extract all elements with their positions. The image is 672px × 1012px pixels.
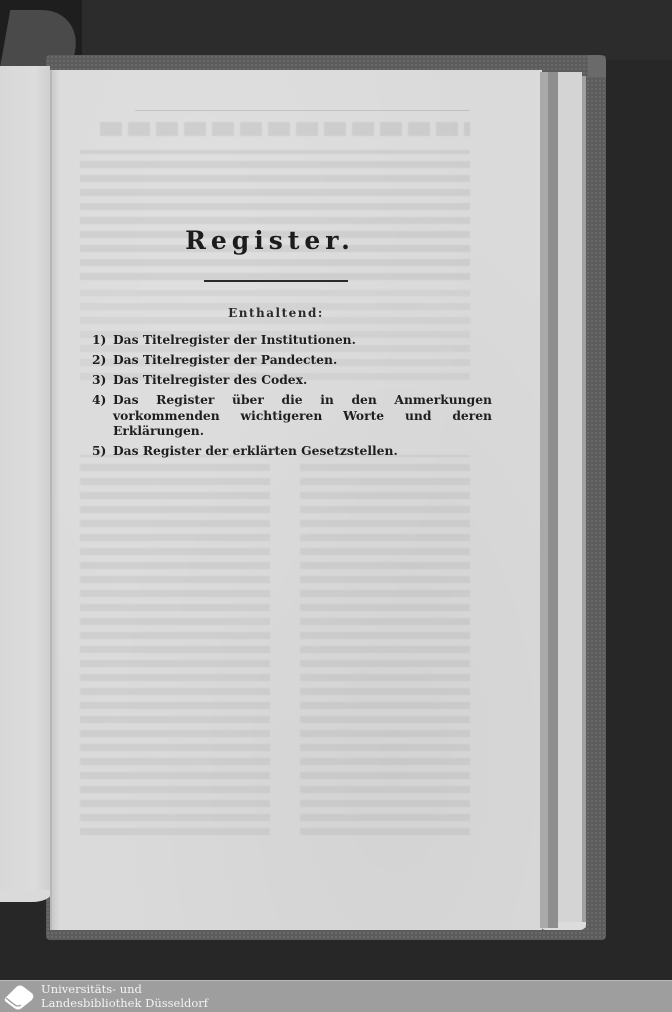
list-item: 1) Das Titelregister der Institutionen. bbox=[92, 330, 492, 350]
library-name: Universitäts- und Landesbibliothek Düsse… bbox=[41, 982, 208, 1010]
item-number: 3) bbox=[92, 370, 113, 390]
item-text: Das Titelregister der Institutionen. bbox=[113, 330, 492, 350]
item-text: Das Titelregister des Codex. bbox=[113, 370, 492, 390]
left-page-edge bbox=[0, 66, 50, 896]
item-number: 2) bbox=[92, 350, 113, 370]
page-stack-edge bbox=[582, 76, 586, 928]
background bbox=[82, 0, 672, 60]
page-stack-edge bbox=[548, 72, 558, 928]
list-item: 5) Das Register der erklärten Gesetzstel… bbox=[92, 441, 492, 461]
list-item: 3) Das Titelregister des Codex. bbox=[92, 370, 492, 390]
scan-scene: Register. Enthaltend: 1) Das Titelregist… bbox=[0, 0, 672, 980]
bleed-through-text bbox=[300, 455, 470, 835]
item-text: Das Register der erklärten Gesetzstellen… bbox=[113, 441, 492, 461]
bleed-through-text bbox=[80, 455, 270, 835]
left-page-edge bbox=[0, 890, 52, 902]
contents-list: 1) Das Titelregister der Institutionen. … bbox=[92, 330, 492, 461]
list-item: 4) Das Register über die in den Anmerkun… bbox=[92, 390, 492, 441]
book-cover-corner bbox=[588, 55, 606, 77]
list-item: 2) Das Titelregister der Pandecten. bbox=[92, 350, 492, 370]
page-subtitle: Enthaltend: bbox=[0, 306, 552, 320]
book-logo-icon bbox=[3, 984, 35, 1010]
page-stack-edge bbox=[558, 72, 582, 930]
gutter-shadow bbox=[50, 70, 60, 930]
page-title: Register. bbox=[0, 226, 540, 255]
item-text: Das Register über die in den Anmerkungen… bbox=[113, 390, 492, 441]
library-footer-bar: Universitäts- und Landesbibliothek Düsse… bbox=[0, 980, 672, 1012]
title-underline bbox=[204, 280, 348, 282]
item-number: 1) bbox=[92, 330, 113, 350]
item-number: 4) bbox=[92, 390, 113, 441]
page-stack-edge bbox=[540, 72, 548, 928]
bleed-through-text bbox=[80, 150, 470, 280]
library-name-line2: Landesbibliothek Düsseldorf bbox=[41, 996, 208, 1010]
item-number: 5) bbox=[92, 441, 113, 461]
bleed-through-text bbox=[100, 122, 470, 136]
item-text: Das Titelregister der Pandecten. bbox=[113, 350, 492, 370]
bleed-through-rule bbox=[135, 110, 470, 111]
library-name-line1: Universitäts- und bbox=[41, 982, 208, 996]
